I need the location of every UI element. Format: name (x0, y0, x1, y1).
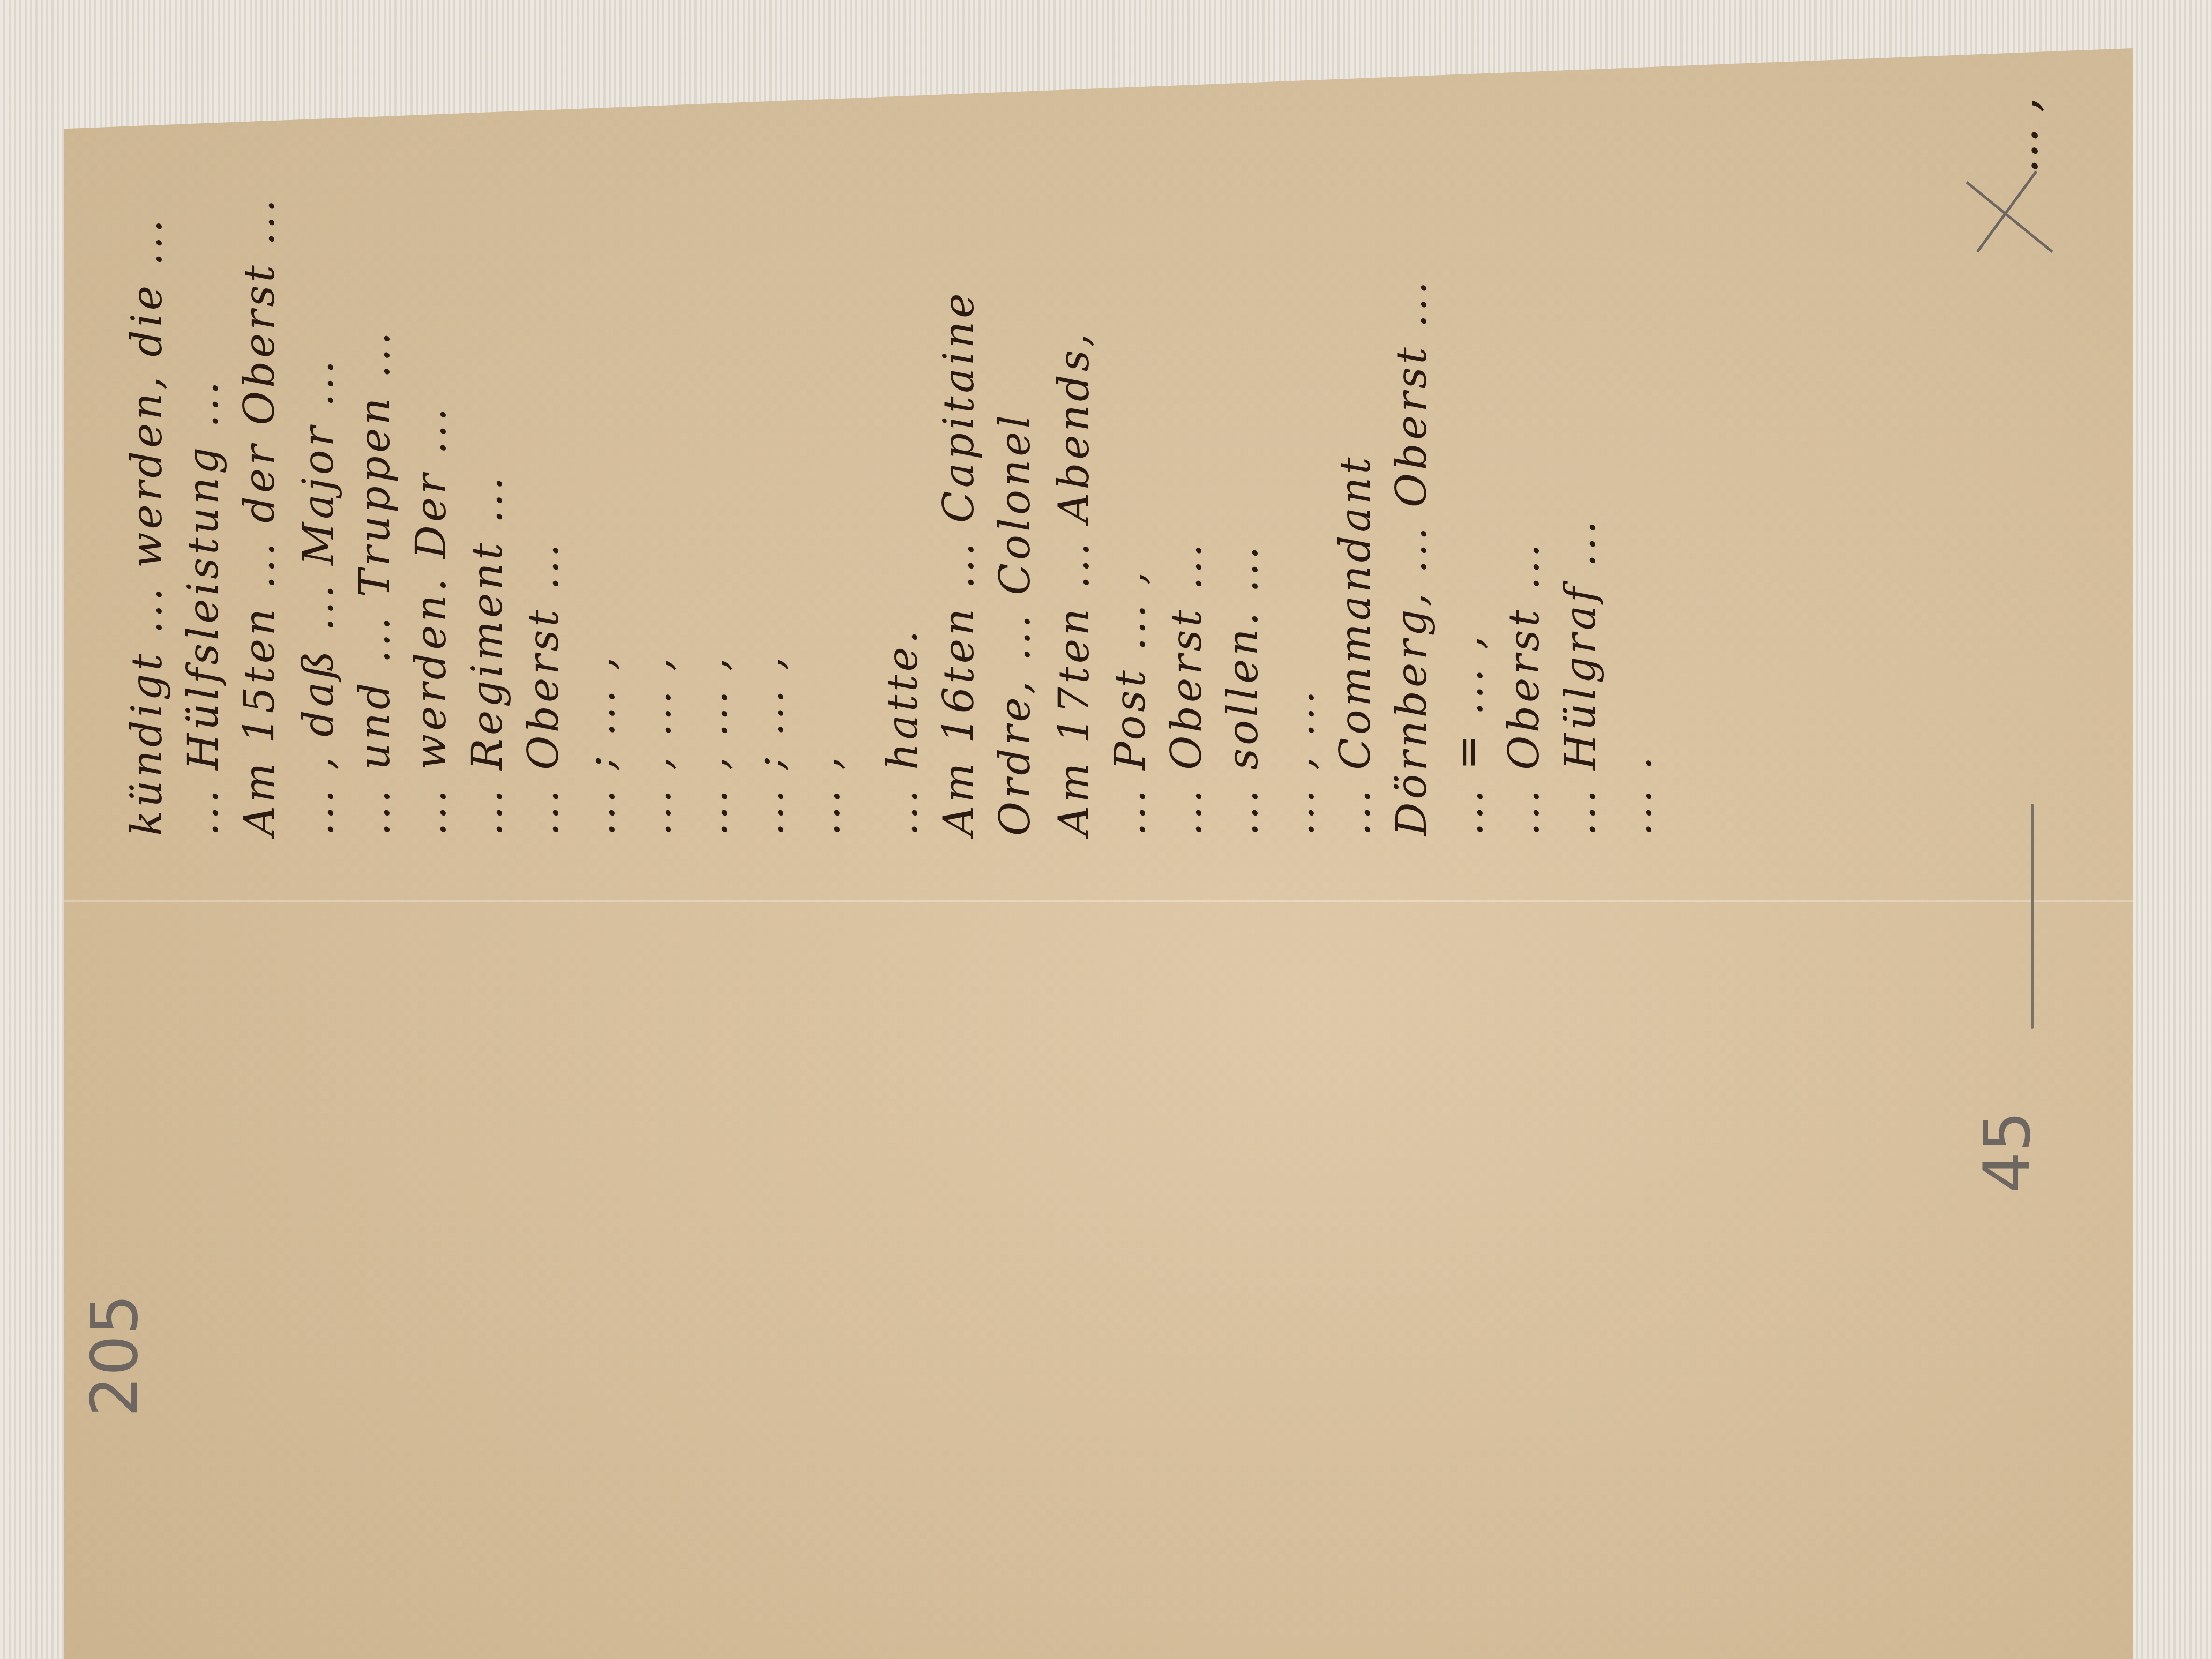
handwritten-text-block: kündigt ... werden, die ... ... Hülfslei… (123, 0, 873, 836)
page-number-right: 45 (1970, 1111, 2045, 1193)
text-line: ... ; ... , (576, 654, 624, 836)
text-line: ... Commandant (1332, 454, 1380, 836)
text-line: ... , ... , (689, 654, 737, 836)
text-line: ... Oberst ... (520, 541, 568, 836)
text-line: ... , (801, 753, 849, 836)
text-line: ... Oberst ... (1163, 541, 1211, 836)
text-line: Am 17ten ... Abends, (1050, 331, 1098, 836)
text-line: ... hatte. (879, 627, 927, 836)
text-line: ... ; ... , (745, 654, 793, 836)
text-line: ... und ... Truppen ... (351, 328, 399, 836)
text-line: ... Regiment ... (464, 474, 512, 836)
text-line: ... . (1613, 753, 1661, 836)
text-line: ... Hülfsleistung ... (180, 378, 228, 836)
text-line: Ordre, ... Colonel (991, 412, 1040, 836)
page-number-left: 205 (78, 1294, 152, 1417)
text-line: ... , ... (1275, 687, 1324, 836)
text-line: ... Oberst ... (1500, 541, 1549, 836)
text-line: Dörnberg, ... Oberst ... (1388, 278, 1436, 836)
text-line: ... Post ... , (1107, 568, 1155, 836)
handwritten-text-block-2: ... hatte. Am 16ten ... Capitaine Ordre,… (879, 0, 1629, 836)
text-line: kündigt ... werden, die ... (123, 216, 171, 836)
text-line: ... = ... , (1444, 633, 1492, 836)
text-line: ... sollen. ... (1219, 543, 1267, 836)
page-fold (64, 900, 2133, 902)
text-line: ... , ... , (632, 654, 681, 836)
text-line: ... Hülgraf ... (1557, 518, 1605, 836)
text-line: ... werden. Der ... (407, 405, 455, 836)
text-line: Am 15ten ... der Oberst ... (236, 196, 284, 836)
pencil-line-mark (2031, 804, 2034, 1029)
text-line: Am 16ten ... Capitaine (935, 290, 983, 836)
text-line: ... , daß ... Major ... (295, 357, 343, 836)
pencil-cross-mark-icon (1956, 161, 2063, 268)
